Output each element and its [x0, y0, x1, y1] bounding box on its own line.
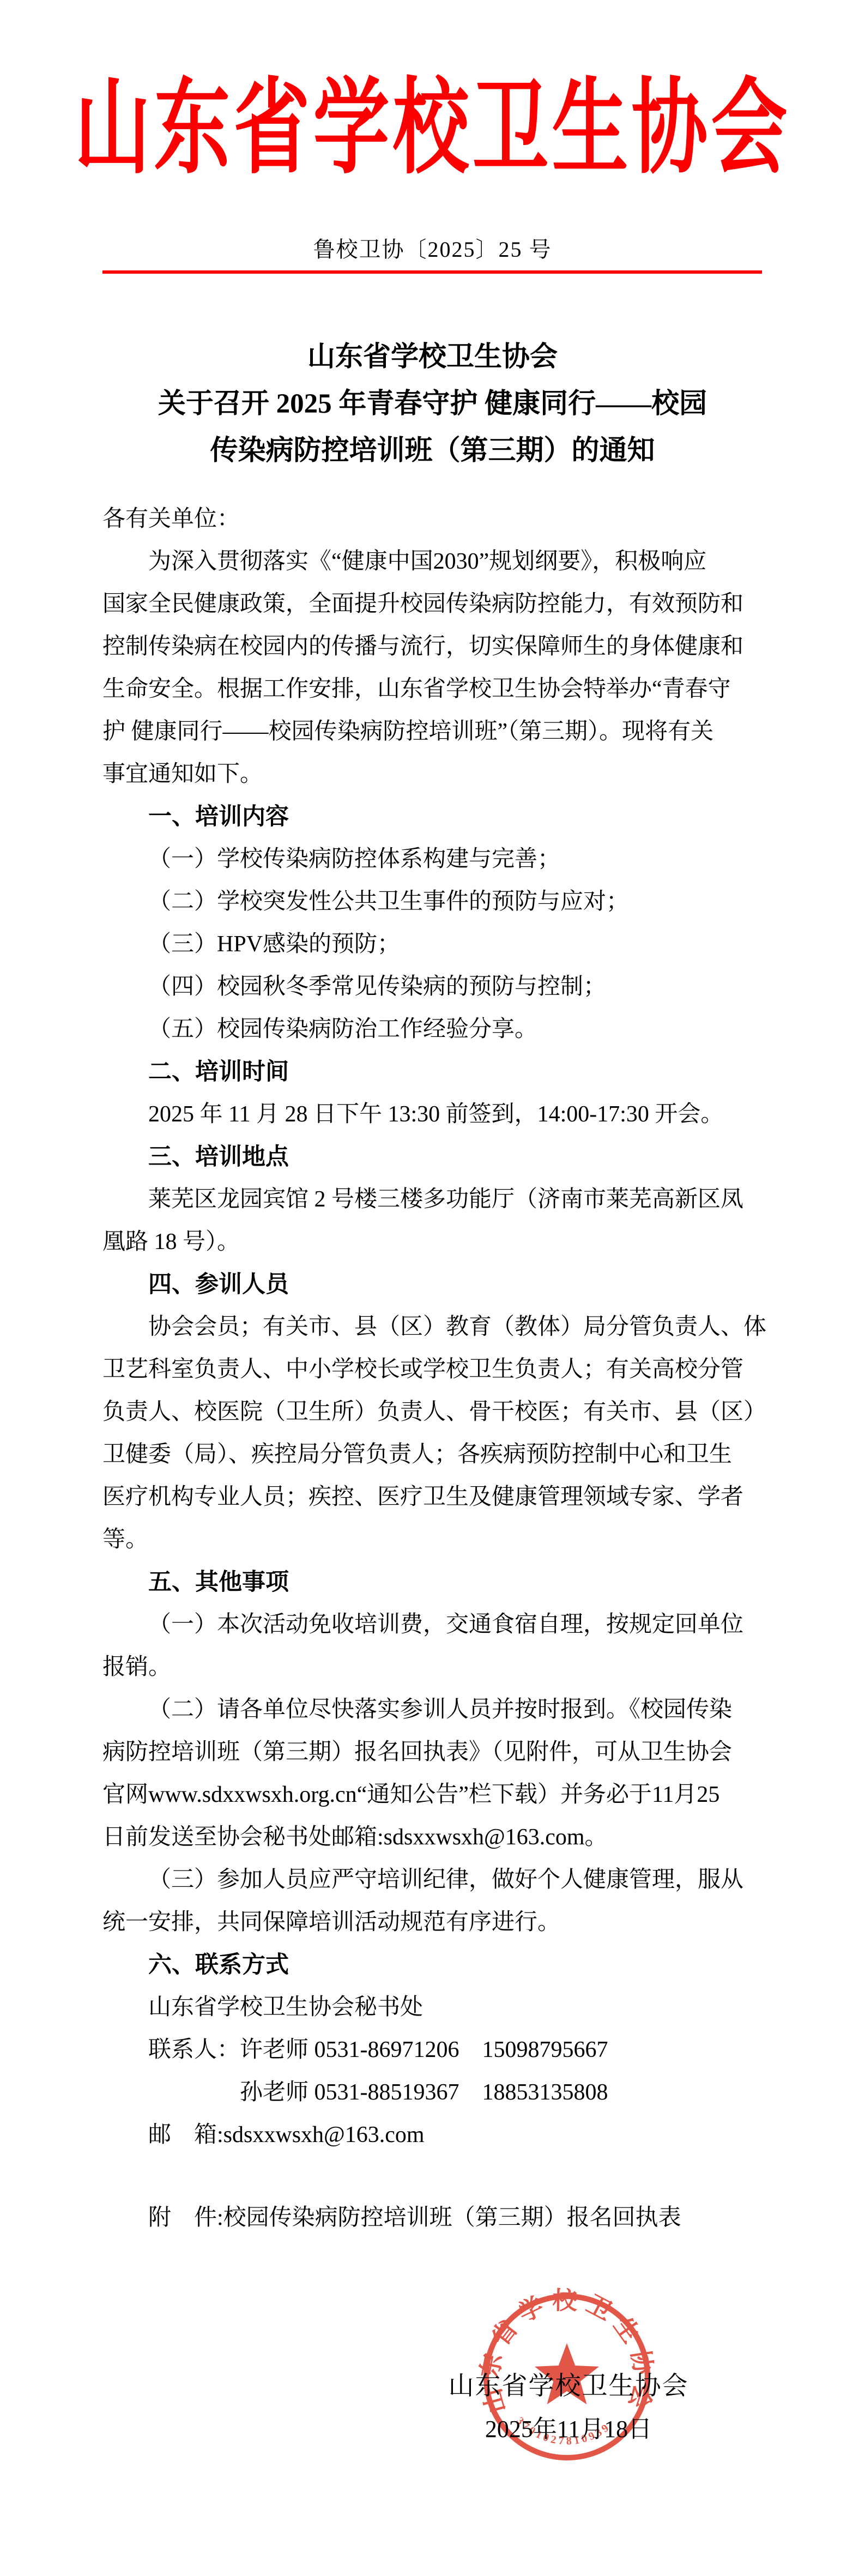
document-number: 鲁校卫协〔2025〕25 号 — [0, 237, 865, 262]
contact-line: 孙老师 0531-88519367 18853135808 — [102, 2071, 789, 2114]
contact-line: 邮 箱:sdsxxwsxh@163.com — [102, 2114, 789, 2156]
body-line: 护 健康同行——校园传染病防控培训班”（第三期）。现将有关 — [102, 710, 789, 753]
body-line: 凰路 18 号）。 — [102, 1221, 789, 1263]
body-line: （二）请各单位尽快落实参训人员并按时报到。《校园传染 — [102, 1688, 789, 1731]
body-line: 卫健委（局）、疾控局分管负责人；各疾病预防控制中心和卫生 — [102, 1433, 789, 1476]
body-line: 医疗机构专业人员；疾控、医疗卫生及健康管理领域专家、学者 — [102, 1476, 789, 1518]
section-heading: 四、参训人员 — [102, 1263, 789, 1306]
notice-document: 山东省学校卫生协会 鲁校卫协〔2025〕25 号 山东省学校卫生协会 关于召开 … — [0, 0, 865, 2576]
notice-title-line: 关于召开 2025 年青春守护 健康同行——校园 — [0, 381, 865, 427]
signature-date: 2025年11月18日 — [361, 2414, 776, 2445]
body-line: 卫艺科室负责人、中小学校长或学校卫生负责人；有关高校分管 — [102, 1348, 789, 1391]
masthead-divider — [102, 270, 762, 274]
body-line: 生命安全。根据工作安排，山东省学校卫生协会特举办“青春守 — [102, 668, 789, 710]
body-line: 等。 — [102, 1518, 789, 1561]
body-line: 莱芜区龙园宾馆 2 号楼三楼多功能厅（济南市莱芜高新区凤 — [102, 1178, 789, 1221]
body-line: 2025 年 11 月 28 日下午 13:30 前签到，14:00-17:30… — [102, 1093, 789, 1136]
body-line: 报销。 — [102, 1646, 789, 1688]
list-item: （二）学校突发性公共卫生事件的预防与应对； — [102, 880, 789, 923]
notice-title: 山东省学校卫生协会 关于召开 2025 年青春守护 健康同行——校园 传染病防控… — [0, 334, 865, 474]
body-line: （一）本次活动免收培训费，交通食宿自理，按规定回单位 — [102, 1603, 789, 1646]
list-item: （五）校园传染病防治工作经验分享。 — [102, 1008, 789, 1051]
section-heading: 六、联系方式 — [102, 1944, 789, 1986]
salutation-line: 各有关单位： — [102, 498, 789, 540]
body-line: （三）参加人员应严守培训纪律，做好个人健康管理，服从 — [102, 1859, 789, 1901]
body-line: 为深入贯彻落实《“健康中国2030”规划纲要》，积极响应 — [102, 540, 789, 583]
notice-title-line: 山东省学校卫生协会 — [0, 334, 865, 381]
body-line: 负责人、校医院（卫生所）负责人、骨干校医；有关市、县（区） — [102, 1391, 789, 1433]
notice-body: 各有关单位： 为深入贯彻落实《“健康中国2030”规划纲要》，积极响应 国家全民… — [102, 498, 789, 2239]
body-line: 控制传染病在校园内的传播与流行，切实保障师生的身体健康和 — [102, 625, 789, 668]
signature-block: 山东省学校卫生协会 2025年11月18日 — [361, 2370, 776, 2445]
notice-title-line: 传染病防控培训班（第三期）的通知 — [0, 427, 865, 474]
body-line: 事宜通知如下。 — [102, 753, 789, 795]
contact-line: 联系人：许老师 0531-86971206 15098795667 — [102, 2029, 789, 2071]
body-line: 病防控培训班（第三期）报名回执表》（见附件，可从卫生协会 — [102, 1731, 789, 1773]
masthead-title: 山东省学校卫生协会 — [0, 77, 865, 181]
list-item: （一）学校传染病防控体系构建与完善； — [102, 838, 789, 880]
list-item: （四）校园秋冬季常见传染病的预防与控制； — [102, 966, 789, 1008]
list-item: （三）HPV感染的预防； — [102, 923, 789, 966]
body-line-email: 日前发送至协会秘书处邮箱:sdsxxwsxh@163.com。 — [102, 1816, 789, 1859]
body-line: 协会会员；有关市、县（区）教育（教体）局分管负责人、体 — [102, 1306, 789, 1348]
section-heading: 三、培训地点 — [102, 1136, 789, 1178]
section-heading: 一、培训内容 — [102, 795, 789, 838]
body-line: 国家全民健康政策，全面提升校园传染病防控能力，有效预防和 — [102, 583, 789, 625]
section-heading: 五、其他事项 — [102, 1561, 789, 1603]
attachment-line: 附 件:校园传染病防控培训班（第三期）报名回执表 — [102, 2197, 789, 2239]
body-line: 统一安排，共同保障培训活动规范有序进行。 — [102, 1901, 789, 1944]
signature-org: 山东省学校卫生协会 — [361, 2370, 776, 2402]
section-heading: 二、培训时间 — [102, 1051, 789, 1093]
body-line-url: 官网www.sdxxwsxh.org.cn“通知公告”栏下载）并务必于11月25 — [102, 1773, 789, 1816]
contact-line: 山东省学校卫生协会秘书处 — [102, 1986, 789, 2029]
